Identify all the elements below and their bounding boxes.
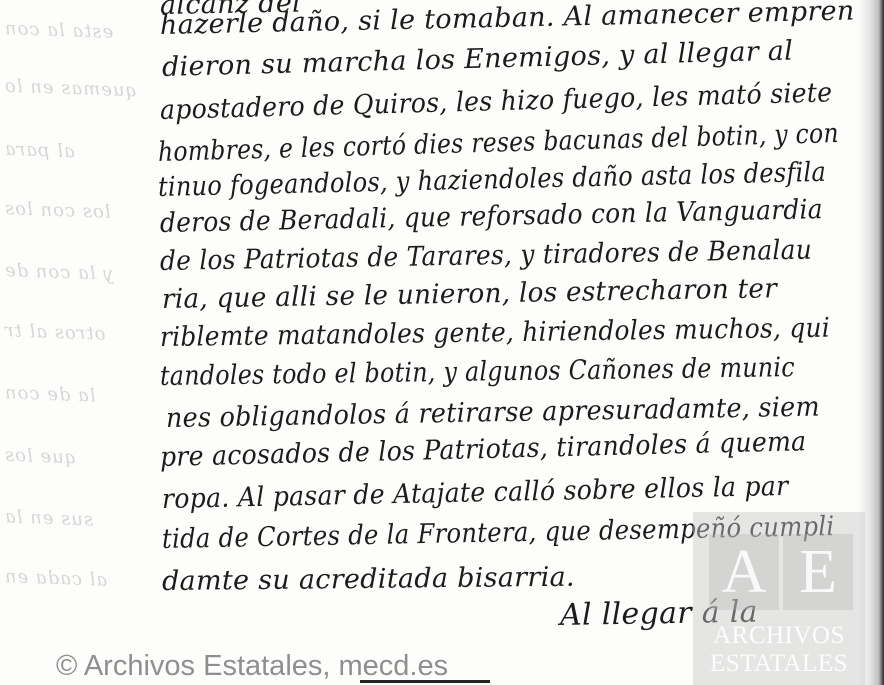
manuscript-line: damte su acreditada bisarria. — [162, 562, 575, 597]
manuscript-line: tandoles todo el botin, y algunos Cañone… — [160, 352, 795, 392]
watermark-estatales: ESTATALES — [693, 650, 865, 678]
manuscript-line: riblemte matandoles gente, hiriendoles m… — [160, 313, 830, 353]
archivos-estatales-watermark: A E ARCHIVOS ESTATALES — [693, 512, 865, 685]
manuscript-line: deros de Beradali, que reforsado con la … — [160, 194, 823, 239]
watermark-letter-e: E — [783, 534, 853, 610]
copyright-notice: © Archivos Estatales, mecd.es — [56, 650, 448, 683]
manuscript-line: ria, que alli se le unieron, los estrech… — [162, 273, 778, 315]
manuscript-line: de los Patriotas de Tarares, y tiradores… — [160, 235, 813, 277]
copyright-icon: © — [56, 650, 77, 682]
watermark-letter-a: A — [709, 534, 779, 610]
manuscript-line: ropa. Al pasar de Atajate calló sobre el… — [162, 471, 789, 515]
copyright-text: Archivos Estatales, — [84, 650, 339, 682]
manuscript-page: esta la con quemas en lo al para los con… — [0, 0, 884, 685]
manuscript-line: dieron su marcha los Enemigos, y al lleg… — [162, 35, 794, 83]
watermark-archivos: ARCHIVOS — [693, 622, 865, 650]
footer-rule — [360, 680, 490, 683]
manuscript-line: pre acosados de los Patriotas, tirandole… — [160, 426, 807, 473]
mecd-link[interactable]: mecd.es — [339, 650, 449, 682]
manuscript-line: apostadero de Quiros, les hizo fuego, le… — [160, 77, 833, 126]
